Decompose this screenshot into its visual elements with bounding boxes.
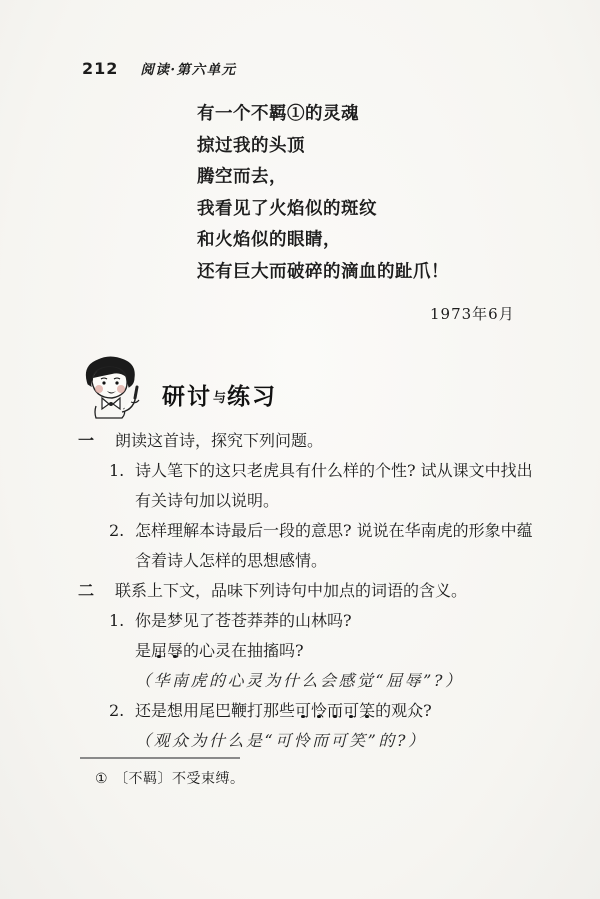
quoted-verse-line: 你是梦见了苍苍莽莽的山林吗?	[135, 606, 560, 636]
poem-line: 和火焰似的眼睛，	[197, 225, 449, 257]
exercise-1-body: 朗读这首诗，探究下列问题。 1. 诗人笔下的这只老虎具有什么样的个性? 试从课文…	[115, 426, 560, 576]
exercise-2-intro: 联系上下文，品味下列诗句中加点的词语的含义。	[115, 576, 560, 606]
poem-line: 我看见了火焰似的斑纹	[197, 194, 449, 226]
poem-line: 腾空而去，	[197, 162, 449, 194]
item-text: 怎样理解本诗最后一段的意思? 说说在华南虎的形象中蕴 含着诗人怎样的思想感情。	[135, 516, 560, 576]
poem-date: 1973年6月	[430, 303, 515, 324]
verse-text: 的观众?	[375, 701, 432, 720]
title-part: 研讨	[162, 384, 212, 410]
footnote: ①〔不羁〕不受束缚。	[95, 768, 245, 788]
practice-section-head: 研讨与练习	[76, 354, 277, 420]
exercise-1-item-2: 2. 怎样理解本诗最后一段的意思? 说说在华南虎的形象中蕴 含着诗人怎样的思想感…	[109, 516, 560, 576]
title-connector: 与	[213, 391, 226, 406]
verse-text: 的心灵在抽搐吗?	[183, 641, 304, 660]
footnote-marker: ①	[95, 771, 108, 787]
emphasized-word: 屈辱	[151, 641, 183, 660]
item-number: 2.	[109, 516, 135, 576]
running-head: 212 阅读·第六单元	[82, 58, 237, 78]
quoted-verse-line: 是屈辱的心灵在抽搐吗?	[135, 636, 560, 666]
page-number: 212	[82, 59, 118, 78]
item-line: 怎样理解本诗最后一段的意思? 说说在华南虎的形象中蕴	[135, 516, 560, 546]
item-line: 有关诗句加以说明。	[135, 486, 560, 516]
practice-section-title: 研讨与练习	[162, 378, 277, 411]
item-number: 1.	[109, 606, 135, 696]
verse-text: 还是想用尾巴鞭打那些	[135, 701, 295, 720]
exercise-1: 一 朗读这首诗，探究下列问题。 1. 诗人笔下的这只老虎具有什么样的个性? 试从…	[78, 426, 560, 576]
item-number: 2.	[109, 696, 135, 756]
item-number: 1.	[109, 456, 135, 516]
poem-excerpt: 有一个不羁①的灵魂 掠过我的头顶 腾空而去， 我看见了火焰似的斑纹 和火焰似的眼…	[197, 99, 449, 288]
verse-text: 是	[135, 641, 151, 660]
quoted-verse-line: 还是想用尾巴鞭打那些可怜而可笑的观众?	[135, 696, 560, 726]
exercise-2-item-2: 2. 还是想用尾巴鞭打那些可怜而可笑的观众? （观众为什么是“可怜而可笑”的?）	[109, 696, 560, 756]
exercise-2-body: 联系上下文，品味下列诗句中加点的词语的含义。 1. 你是梦见了苍苍莽莽的山林吗?…	[115, 576, 560, 756]
footnote-divider	[80, 757, 240, 759]
exercise-2-item-1: 1. 你是梦见了苍苍莽莽的山林吗? 是屈辱的心灵在抽搐吗? （华南虎的心灵为什么…	[109, 606, 560, 696]
item-text: 你是梦见了苍苍莽莽的山林吗? 是屈辱的心灵在抽搐吗? （华南虎的心灵为什么会感觉…	[135, 606, 560, 696]
footnote-text: 〔不羁〕不受束缚。	[114, 771, 245, 787]
exercise-1-item-1: 1. 诗人笔下的这只老虎具有什么样的个性? 试从课文中找出 有关诗句加以说明。	[109, 456, 560, 516]
poem-line: 掠过我的头顶	[197, 131, 449, 163]
hint-note: （华南虎的心灵为什么会感觉“屈辱”?）	[135, 666, 560, 696]
emphasized-word: 可怜而可笑	[295, 701, 375, 720]
exercise-2: 二 联系上下文，品味下列诗句中加点的词语的含义。 1. 你是梦见了苍苍莽莽的山林…	[78, 576, 560, 756]
exercise-list: 一 朗读这首诗，探究下列问题。 1. 诗人笔下的这只老虎具有什么样的个性? 试从…	[78, 426, 560, 756]
poem-line: 有一个不羁①的灵魂	[197, 99, 449, 131]
item-text: 诗人笔下的这只老虎具有什么样的个性? 试从课文中找出 有关诗句加以说明。	[135, 456, 560, 516]
exercise-1-intro: 朗读这首诗，探究下列问题。	[115, 426, 560, 456]
textbook-page: 212 阅读·第六单元 有一个不羁①的灵魂 掠过我的头顶 腾空而去， 我看见了火…	[0, 0, 600, 899]
hint-note: （观众为什么是“可怜而可笑”的?）	[135, 726, 560, 756]
poem-line: 还有巨大而破碎的滴血的趾爪！	[197, 257, 449, 289]
boy-pointing-icon	[76, 354, 150, 420]
item-line: 含着诗人怎样的思想感情。	[135, 546, 560, 576]
title-part: 练习	[227, 384, 277, 410]
item-text: 还是想用尾巴鞭打那些可怜而可笑的观众? （观众为什么是“可怜而可笑”的?）	[135, 696, 560, 756]
item-line: 诗人笔下的这只老虎具有什么样的个性? 试从课文中找出	[135, 456, 560, 486]
unit-label: 阅读·第六单元	[140, 58, 236, 78]
